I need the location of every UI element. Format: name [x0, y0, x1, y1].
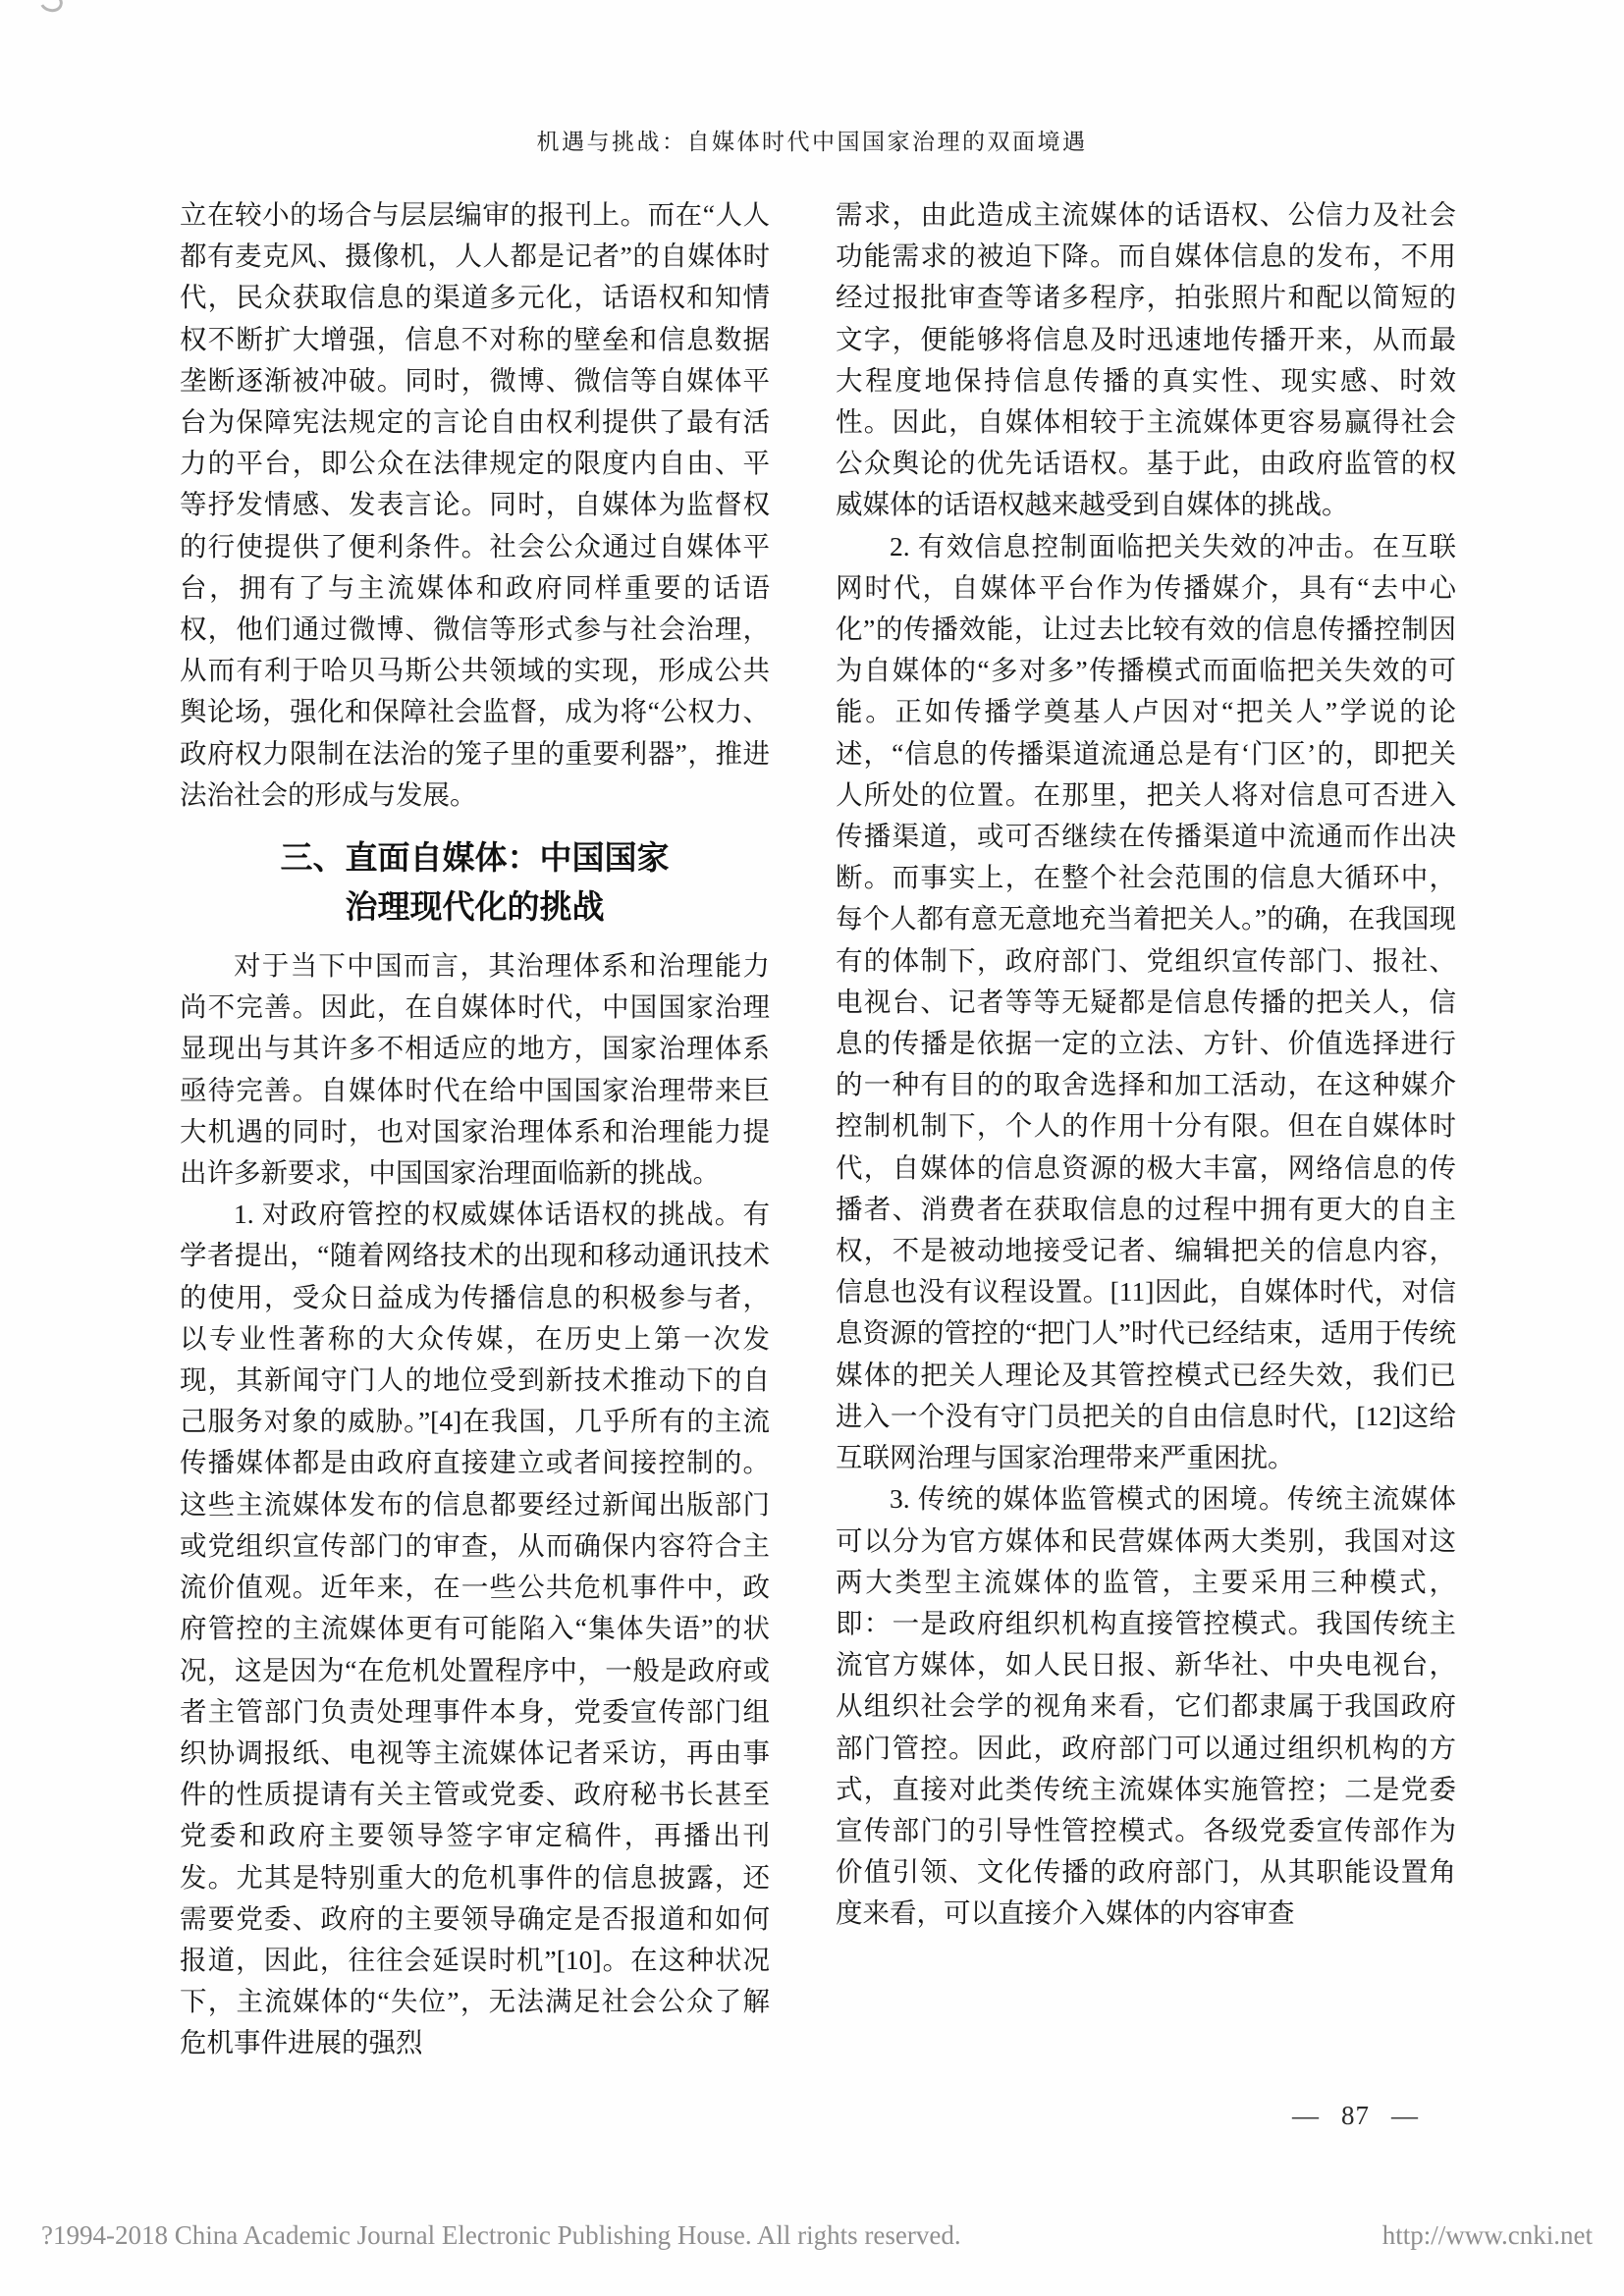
paragraph-point-1-continued: 需求，由此造成主流媒体的话语权、公信力及社会功能需求的被迫下降。而自媒体信息的发… — [836, 194, 1456, 526]
left-column: 立在较小的场合与层层编审的报刊上。而在“人人都有麦克风、摄像机，人人都是记者”的… — [180, 194, 770, 2064]
page-number-value: 87 — [1320, 2101, 1391, 2130]
right-column: 需求，由此造成主流媒体的话语权、公信力及社会功能需求的被迫下降。而自媒体信息的发… — [836, 194, 1456, 1935]
section-heading-line-1: 三、直面自媒体：中国国家 — [180, 833, 770, 882]
page-number: —87— — [1292, 2101, 1419, 2131]
page-number-dash-left: — — [1292, 2101, 1320, 2130]
footer-url: http://www.cnki.net — [1382, 2220, 1593, 2251]
paragraph-intro: 对于当下中国而言，其治理体系和治理能力尚不完善。因此，在自媒体时代，中国国家治理… — [180, 945, 770, 1194]
paragraph-continuation: 立在较小的场合与层层编审的报刊上。而在“人人都有麦克风、摄像机，人人都是记者”的… — [180, 194, 770, 816]
section-heading: 三、直面自媒体：中国国家 治理现代化的挑战 — [180, 833, 770, 932]
paragraph-point-1: 1. 对政府管控的权威媒体话语权的挑战。有学者提出，“随着网络技术的出现和移动通… — [180, 1194, 770, 2063]
scan-artifact — [36, 0, 65, 15]
page-number-dash-right: — — [1391, 2101, 1419, 2130]
page: 机遇与挑战：自媒体时代中国国家治理的双面境遇 立在较小的场合与层层编审的报刊上。… — [0, 0, 1624, 2296]
section-heading-line-2: 治理现代化的挑战 — [180, 882, 770, 932]
copyright-text: ?1994-2018 China Academic Journal Electr… — [41, 2220, 961, 2251]
paragraph-point-3: 3. 传统的媒体监管模式的困境。传统主流媒体可以分为官方媒体和民营媒体两大类别，… — [836, 1478, 1456, 1934]
footer: ?1994-2018 China Academic Journal Electr… — [41, 2220, 1593, 2251]
running-title: 机遇与挑战：自媒体时代中国国家治理的双面境遇 — [0, 124, 1624, 156]
paragraph-point-2: 2. 有效信息控制面临把关失效的冲击。在互联网时代，自媒体平台作为传播媒介，具有… — [836, 526, 1456, 1479]
